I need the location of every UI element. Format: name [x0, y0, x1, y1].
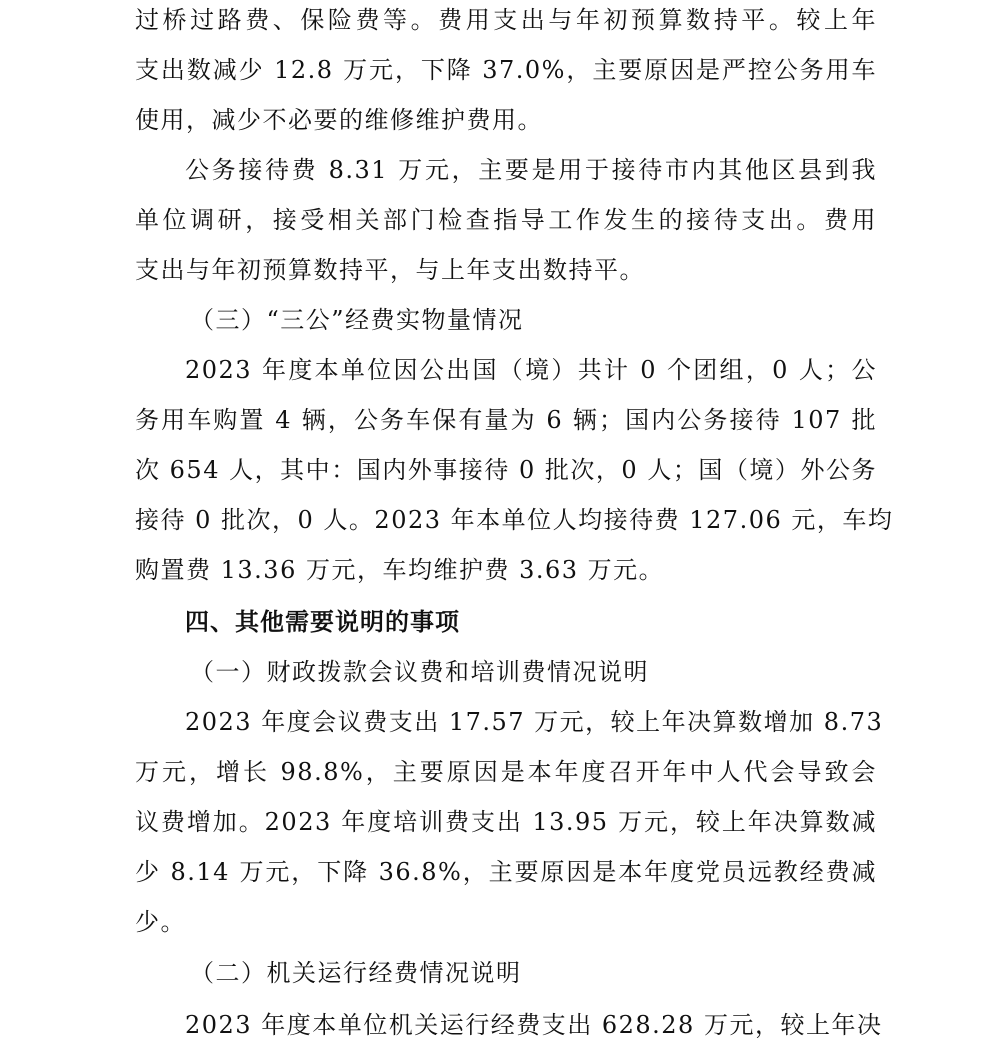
paragraph-line: 单位调研，接受相关部门检查指导工作发生的接待支出。费用 — [135, 195, 877, 245]
paragraph-line: 议费增加。2023 年度培训费支出 13.95 万元，较上年决算数减 — [135, 797, 877, 847]
paragraph-line: 少 8.14 万元，下降 36.8%，主要原因是本年度党员远教经费减 — [135, 847, 877, 897]
section-subheading: （一）财政拨款会议费和培训费情况说明 — [190, 647, 649, 697]
section-subheading: （二）机关运行经费情况说明 — [190, 948, 522, 998]
paragraph-line: 过桥过路费、保险费等。费用支出与年初预算数持平。较上年 — [135, 0, 877, 45]
paragraph-line: 务用车购置 4 辆，公务车保有量为 6 辆；国内公务接待 107 批 — [135, 395, 877, 445]
paragraph-line: 次 654 人，其中：国内外事接待 0 批次，0 人；国（境）外公务 — [135, 445, 877, 495]
paragraph-line: 购置费 13.36 万元，车均维护费 3.63 万元。 — [135, 545, 664, 595]
paragraph-line: 公务接待费 8.31 万元，主要是用于接待市内其他区县到我 — [185, 145, 877, 195]
paragraph-line: 支出数减少 12.8 万元，下降 37.0%，主要原因是严控公务用车 — [135, 45, 877, 95]
paragraph-line: 少。 — [135, 897, 186, 947]
paragraph-line: 支出与年初预算数持平，与上年支出数持平。 — [135, 245, 645, 295]
section-subheading: （三）“三公”经费实物量情况 — [190, 295, 524, 345]
paragraph-line: 接待 0 批次，0 人。2023 年本单位人均接待费 127.06 元，车均 — [135, 495, 877, 545]
paragraph-line: 2023 年度本单位机关运行经费支出 628.28 万元，较上年决 — [185, 1000, 877, 1043]
paragraph-line: 2023 年度会议费支出 17.57 万元，较上年决算数增加 8.73 — [185, 697, 877, 747]
paragraph-line: 万元，增长 98.8%，主要原因是本年度召开年中人代会导致会 — [135, 747, 877, 797]
section-heading: 四、其他需要说明的事项 — [185, 597, 460, 647]
paragraph-line: 使用，减少不必要的维修维护费用。 — [135, 95, 543, 145]
paragraph-line: 2023 年度本单位因公出国（境）共计 0 个团组，0 人；公 — [185, 345, 877, 395]
